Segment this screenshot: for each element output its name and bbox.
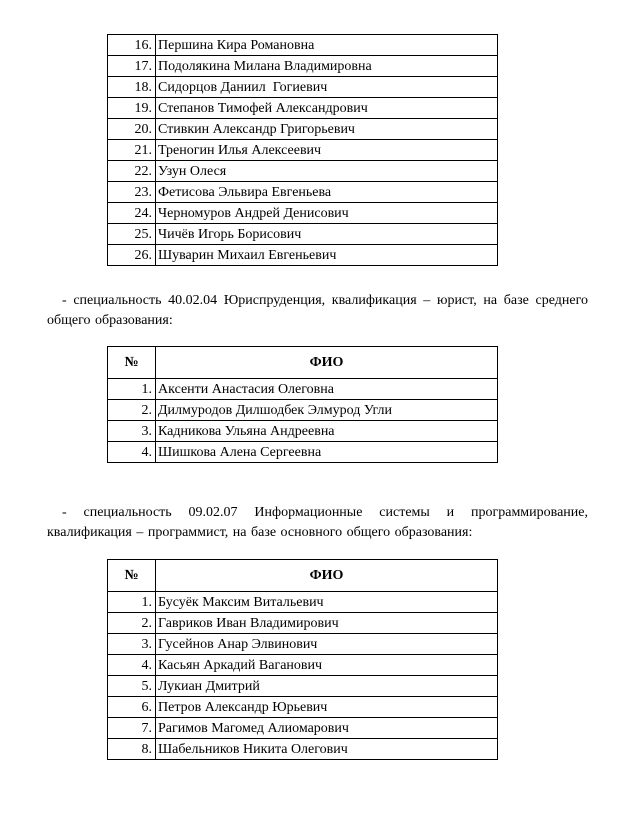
table-row: 26.Шуварин Михаил Евгеньевич <box>108 245 498 266</box>
number-column-header: № <box>108 560 156 592</box>
fio-column-header: ФИО <box>156 347 498 379</box>
student-name: Гавриков Иван Владимирович <box>156 613 498 634</box>
table1-body: 16.Першина Кира Романовна17.Подолякина М… <box>108 35 498 266</box>
table-row: 24.Черномуров Андрей Денисович <box>108 203 498 224</box>
table-row: 19.Степанов Тимофей Александрович <box>108 98 498 119</box>
row-number: 16. <box>108 35 156 56</box>
table-row: 3.Кадникова Ульяна Андреевна <box>108 421 498 442</box>
student-name: Фетисова Эльвира Евгеньева <box>156 182 498 203</box>
table-row: 8.Шабельников Никита Олегович <box>108 739 498 760</box>
student-name: Шишкова Алена Сергеевна <box>156 442 498 463</box>
row-number: 24. <box>108 203 156 224</box>
student-name: Аксенти Анастасия Олеговна <box>156 379 498 400</box>
row-number: 8. <box>108 739 156 760</box>
student-name: Узун Олеся <box>156 161 498 182</box>
student-name: Шуварин Михаил Евгеньевич <box>156 245 498 266</box>
student-name: Кадникова Ульяна Андреевна <box>156 421 498 442</box>
table-row: 3.Гусейнов Анар Элвинович <box>108 634 498 655</box>
students-table-continued: 16.Першина Кира Романовна17.Подолякина М… <box>107 34 498 266</box>
table-row: 17.Подолякина Милана Владимировна <box>108 56 498 77</box>
student-name: Черномуров Андрей Денисович <box>156 203 498 224</box>
table-row: 2.Гавриков Иван Владимирович <box>108 613 498 634</box>
table-row: 2.Дилмуродов Дилшодбек Элмурод Угли <box>108 400 498 421</box>
table-row: 25.Чичёв Игорь Борисович <box>108 224 498 245</box>
table-row: 7.Рагимов Магомед Алиомарович <box>108 718 498 739</box>
specialty-programming-heading: - специальность 09.02.07 Информационные … <box>47 503 588 543</box>
row-number: 23. <box>108 182 156 203</box>
row-number: 1. <box>108 592 156 613</box>
table-row: 6.Петров Александр Юрьевич <box>108 697 498 718</box>
student-name: Чичёв Игорь Борисович <box>156 224 498 245</box>
table-row: 18.Сидорцов Даниил Гогиевич <box>108 77 498 98</box>
table-row: 5.Лукиан Дмитрий <box>108 676 498 697</box>
row-number: 5. <box>108 676 156 697</box>
row-number: 26. <box>108 245 156 266</box>
student-name: Касьян Аркадий Ваганович <box>156 655 498 676</box>
student-name: Першина Кира Романовна <box>156 35 498 56</box>
student-name: Шабельников Никита Олегович <box>156 739 498 760</box>
row-number: 2. <box>108 613 156 634</box>
row-number: 3. <box>108 634 156 655</box>
student-name: Стивкин Александр Григорьевич <box>156 119 498 140</box>
row-number: 17. <box>108 56 156 77</box>
row-number: 22. <box>108 161 156 182</box>
table-row: 4.Касьян Аркадий Ваганович <box>108 655 498 676</box>
jurisprudence-students-table: № ФИО 1.Аксенти Анастасия Олеговна2.Дилм… <box>107 346 498 463</box>
table-row: 22.Узун Олеся <box>108 161 498 182</box>
table-row: 21.Треногин Илья Алексеевич <box>108 140 498 161</box>
row-number: 1. <box>108 379 156 400</box>
programming-students-table: № ФИО 1.Бусуёк Максим Витальевич2.Гаврик… <box>107 559 498 760</box>
table-row: 20.Стивкин Александр Григорьевич <box>108 119 498 140</box>
student-name: Треногин Илья Алексеевич <box>156 140 498 161</box>
table-header-row: № ФИО <box>108 560 498 592</box>
row-number: 2. <box>108 400 156 421</box>
student-name: Рагимов Магомед Алиомарович <box>156 718 498 739</box>
table-row: 1.Бусуёк Максим Витальевич <box>108 592 498 613</box>
student-name: Сидорцов Даниил Гогиевич <box>156 77 498 98</box>
student-name: Гусейнов Анар Элвинович <box>156 634 498 655</box>
row-number: 21. <box>108 140 156 161</box>
row-number: 18. <box>108 77 156 98</box>
table-row: 16.Першина Кира Романовна <box>108 35 498 56</box>
table-header-row: № ФИО <box>108 347 498 379</box>
row-number: 7. <box>108 718 156 739</box>
fio-column-header: ФИО <box>156 560 498 592</box>
table3-body: 1.Бусуёк Максим Витальевич2.Гавриков Ива… <box>108 592 498 760</box>
student-name: Лукиан Дмитрий <box>156 676 498 697</box>
row-number: 25. <box>108 224 156 245</box>
row-number: 4. <box>108 655 156 676</box>
table-row: 4.Шишкова Алена Сергеевна <box>108 442 498 463</box>
number-column-header: № <box>108 347 156 379</box>
student-name: Подолякина Милана Владимировна <box>156 56 498 77</box>
student-name: Дилмуродов Дилшодбек Элмурод Угли <box>156 400 498 421</box>
student-name: Петров Александр Юрьевич <box>156 697 498 718</box>
table-row: 1.Аксенти Анастасия Олеговна <box>108 379 498 400</box>
row-number: 20. <box>108 119 156 140</box>
table-row: 23.Фетисова Эльвира Евгеньева <box>108 182 498 203</box>
student-name: Бусуёк Максим Витальевич <box>156 592 498 613</box>
table2-body: 1.Аксенти Анастасия Олеговна2.Дилмуродов… <box>108 379 498 463</box>
row-number: 4. <box>108 442 156 463</box>
row-number: 3. <box>108 421 156 442</box>
student-name: Степанов Тимофей Александрович <box>156 98 498 119</box>
specialty-jurisprudence-heading: - специальность 40.02.04 Юриспруденция, … <box>47 291 588 331</box>
row-number: 19. <box>108 98 156 119</box>
row-number: 6. <box>108 697 156 718</box>
